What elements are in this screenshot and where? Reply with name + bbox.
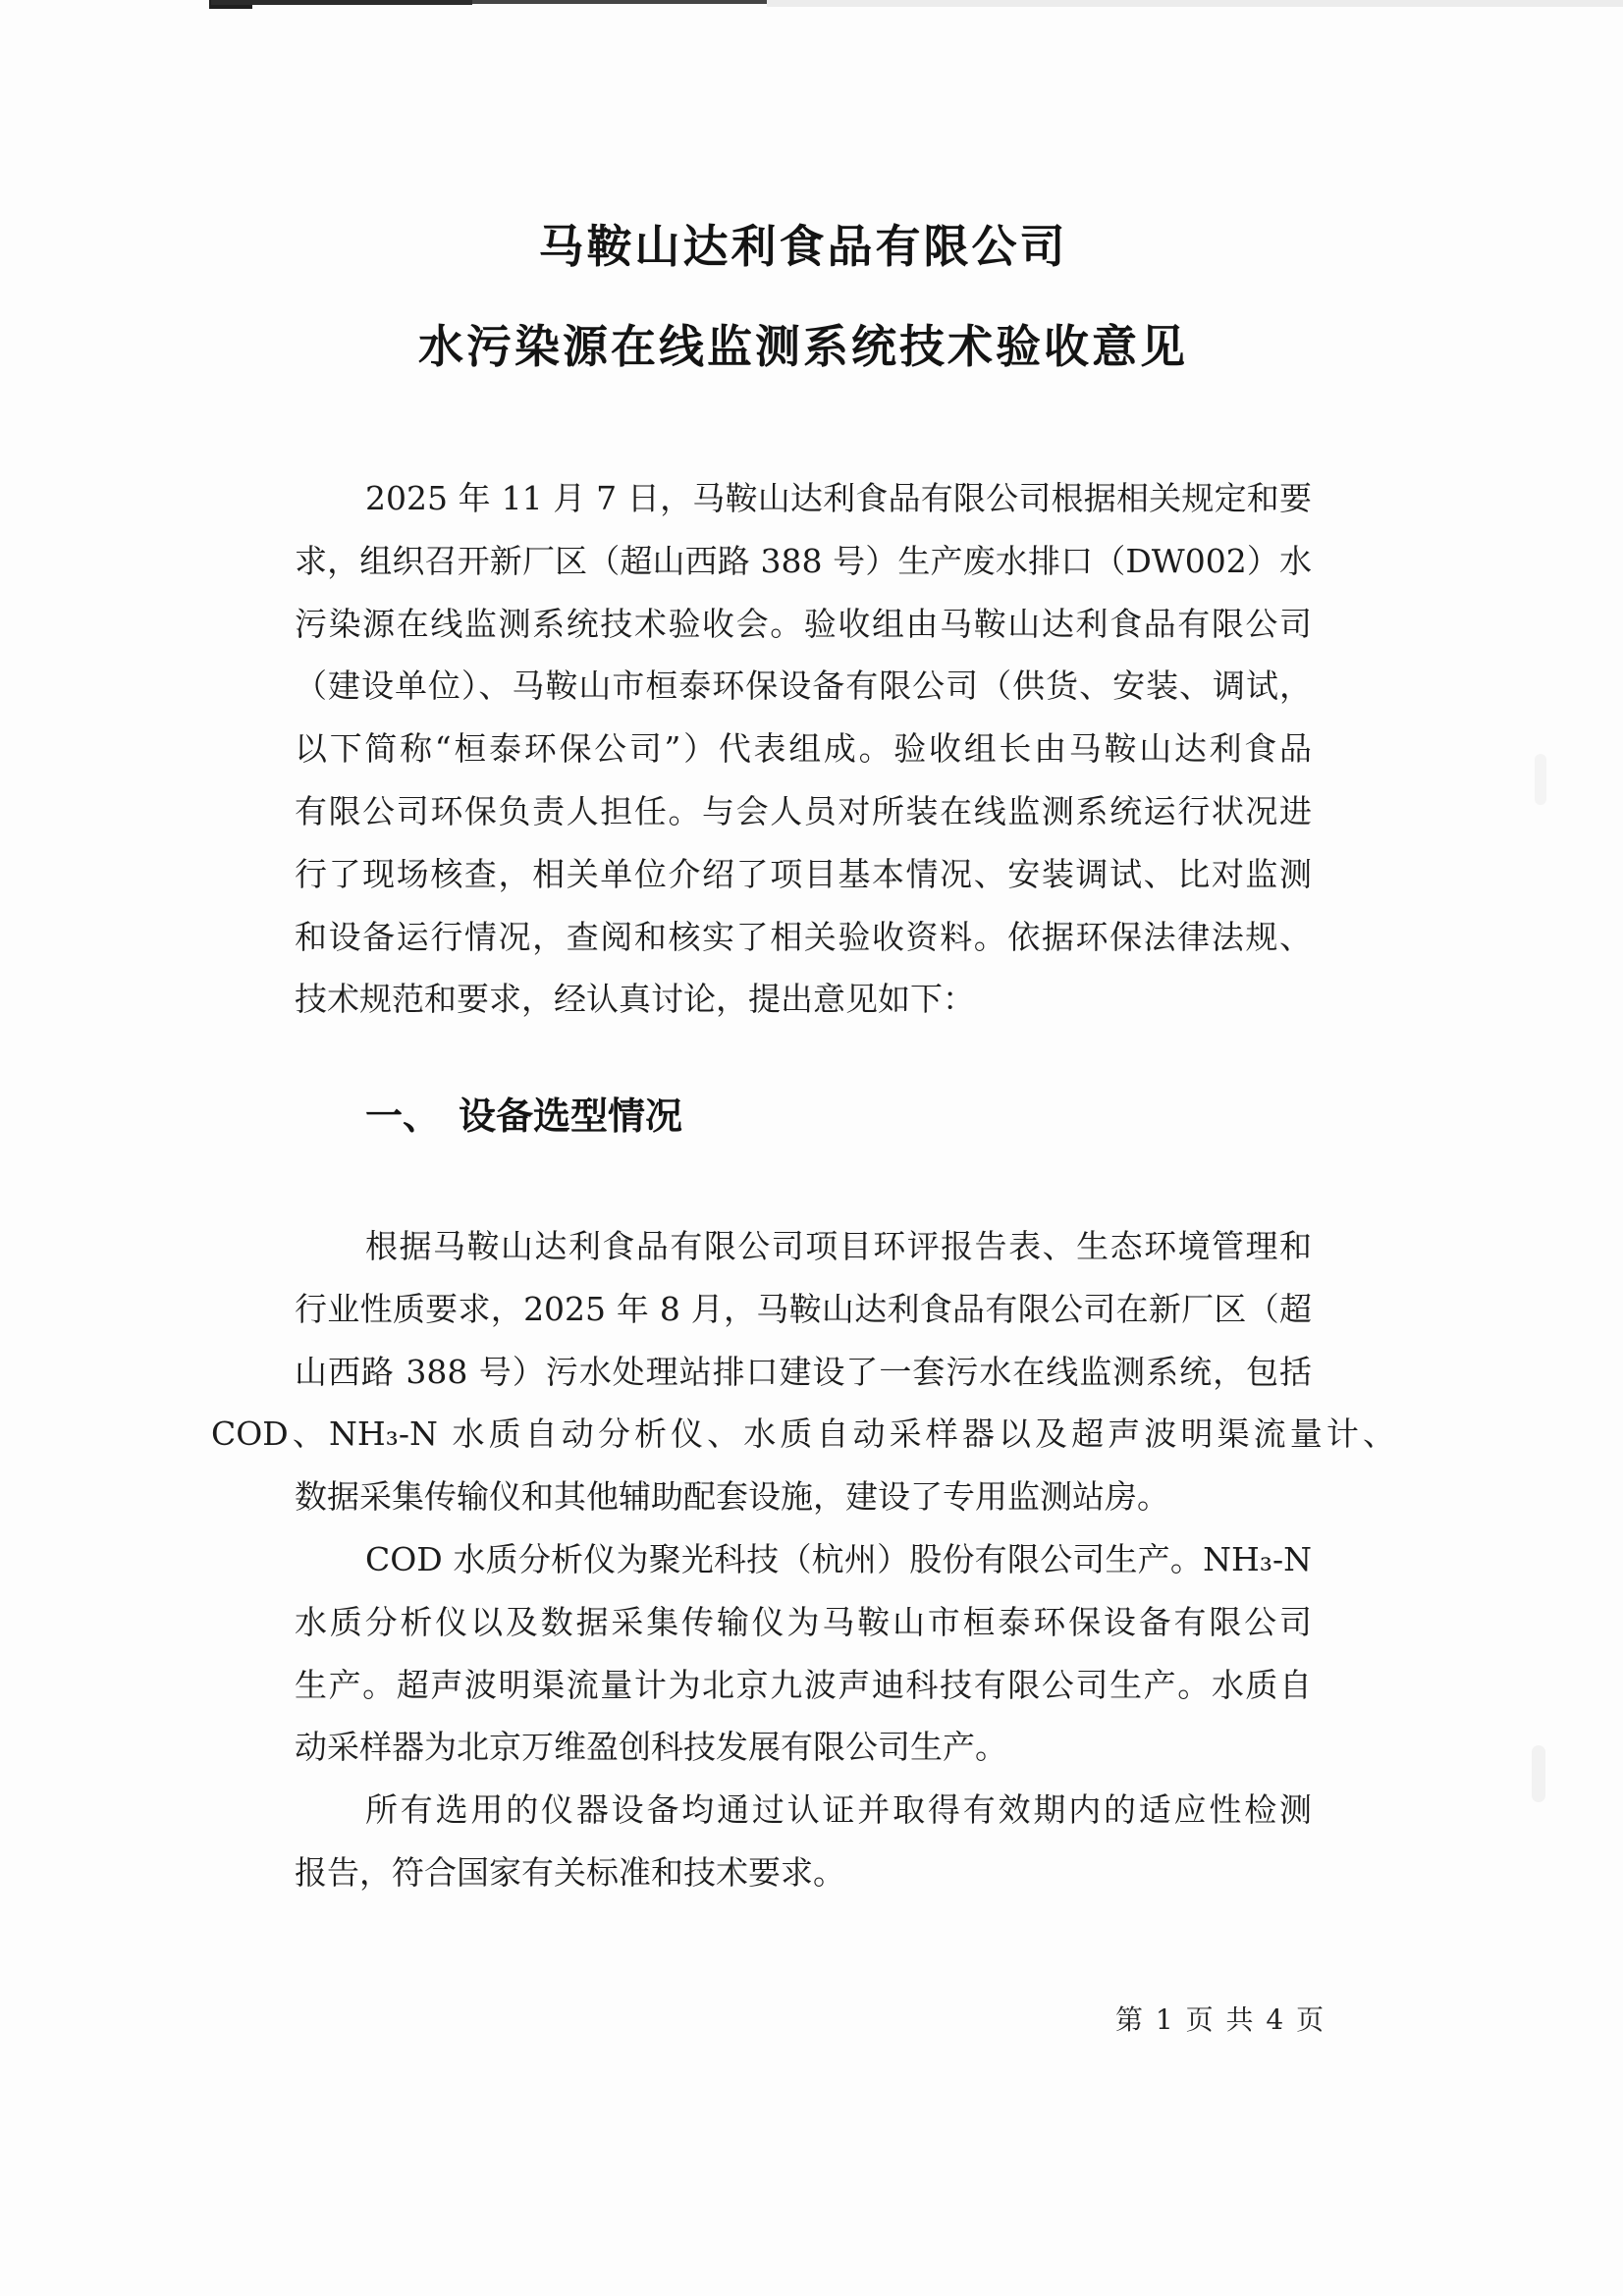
document-title-subject: 水污染源在线监测系统技术验收意见 — [295, 316, 1312, 378]
text-line: 行了现场核查，相关单位介绍了项目基本情况、安装调试、比对监测 — [295, 843, 1312, 906]
text-line: COD、NH₃-N 水质自动分析仪、水质自动采样器以及超声波明渠流量计、 — [211, 1403, 1395, 1466]
paragraph-1: 2025 年 11 月 7 日，马鞍山达利食品有限公司根据相关规定和要 求，组织… — [295, 467, 1312, 1031]
text-line: （建设单位）、马鞍山市桓泰环保设备有限公司（供货、安装、调试， — [295, 655, 1312, 718]
scan-artifact-top-dark — [211, 0, 472, 5]
text-line: 行业性质要求，2025 年 8 月，马鞍山达利食品有限公司在新厂区（超 — [295, 1278, 1312, 1341]
document-page: 马鞍山达利食品有限公司 水污染源在线监测系统技术验收意见 2025 年 11 月… — [0, 0, 1623, 2296]
text-line: 动采样器为北京万维盈创科技发展有限公司生产。 — [295, 1716, 1312, 1779]
text-line: 以下简称“桓泰环保公司”）代表组成。验收组长由马鞍山达利食品 — [295, 718, 1312, 780]
text-line: 水质分析仪以及数据采集传输仪为马鞍山市桓泰环保设备有限公司 — [295, 1591, 1312, 1654]
paragraph-3: COD 水质分析仪为聚光科技（杭州）股份有限公司生产。NH₃-N 水质分析仪以及… — [295, 1528, 1312, 1779]
text-line: 根据马鞍山达利食品有限公司项目环评报告表、生态环境管理和 — [295, 1215, 1312, 1278]
text-line: 污染源在线监测系统技术验收会。验收组由马鞍山达利食品有限公司 — [295, 593, 1312, 656]
text-line: COD 水质分析仪为聚光科技（杭州）股份有限公司生产。NH₃-N — [295, 1528, 1312, 1591]
scan-artifact-smudge — [1532, 1745, 1545, 1802]
text-line: 生产。超声波明渠流量计为北京九波声迪科技有限公司生产。水质自 — [295, 1654, 1312, 1717]
scan-artifact-smudge — [1535, 754, 1546, 805]
text-line: 报告，符合国家有关标准和技术要求。 — [295, 1842, 1312, 1904]
paragraph-2: 根据马鞍山达利食品有限公司项目环评报告表、生态环境管理和 行业性质要求，2025… — [295, 1215, 1312, 1528]
scan-artifact-top-light — [767, 0, 1623, 7]
text-line: 和设备运行情况，查阅和核实了相关验收资料。依据环保法律法规、 — [295, 906, 1312, 969]
section-heading-equipment-selection: 一、 设备选型情况 — [365, 1086, 1249, 1148]
document-title-company: 马鞍山达利食品有限公司 — [295, 216, 1312, 278]
text-line: 求，组织召开新厂区（超山西路 388 号）生产废水排口（DW002）水 — [295, 530, 1312, 593]
text-line: 2025 年 11 月 7 日，马鞍山达利食品有限公司根据相关规定和要 — [295, 467, 1312, 530]
text-line: 所有选用的仪器设备均通过认证并取得有效期内的适应性检测 — [295, 1779, 1312, 1842]
text-line: 有限公司环保负责人担任。与会人员对所装在线监测系统运行状况进 — [295, 780, 1312, 843]
text-line: 数据采集传输仪和其他辅助配套设施，建设了专用监测站房。 — [295, 1466, 1312, 1528]
paragraph-4: 所有选用的仪器设备均通过认证并取得有效期内的适应性检测 报告，符合国家有关标准和… — [295, 1779, 1312, 1904]
text-line: 山西路 388 号）污水处理站排口建设了一套污水在线监测系统，包括 — [295, 1341, 1312, 1404]
page-number: 第 1 页 共 4 页 — [1115, 2001, 1341, 2040]
scan-artifact-top-mid — [472, 0, 767, 4]
text-line: 技术规范和要求，经认真讨论，提出意见如下： — [295, 968, 1312, 1031]
